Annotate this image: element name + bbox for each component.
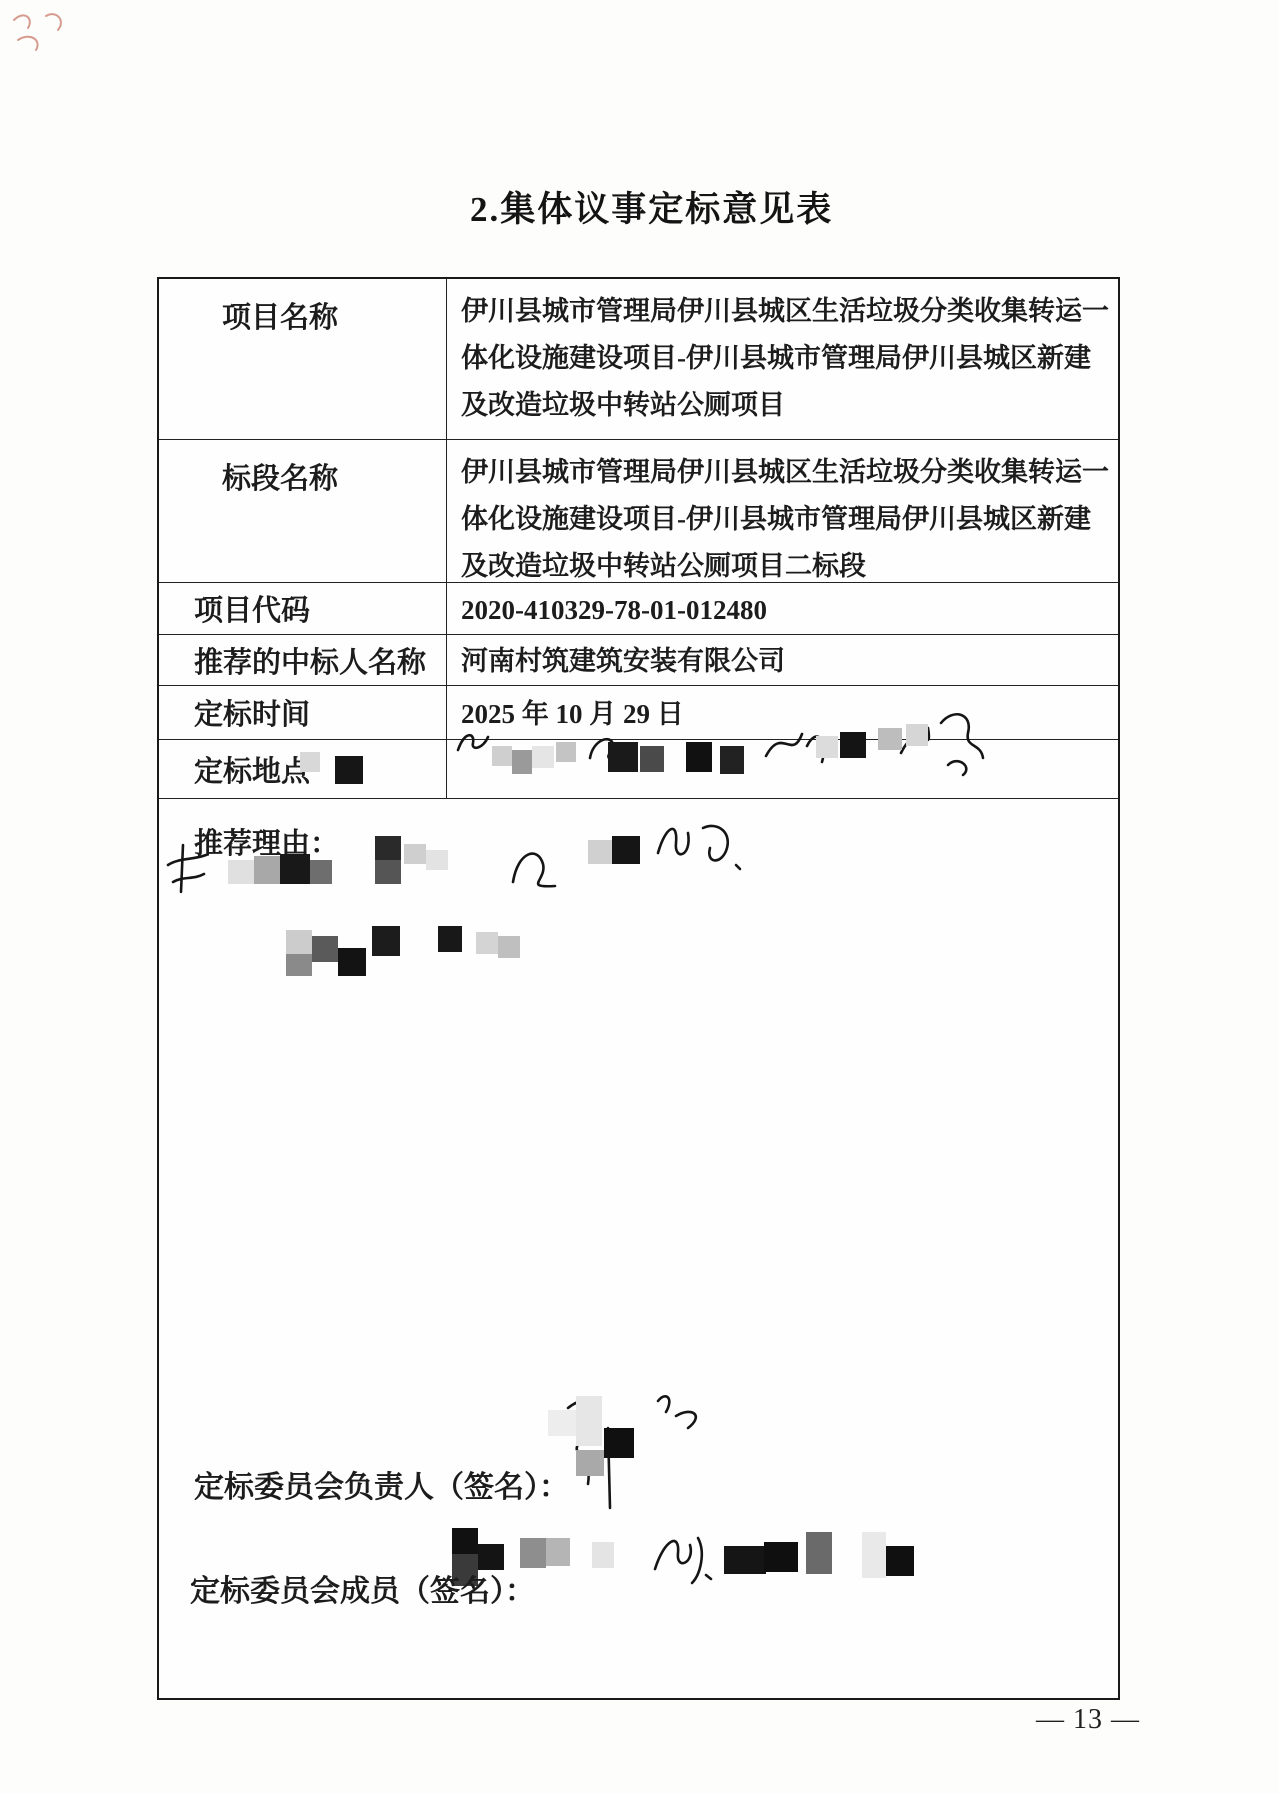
redaction-block (548, 1410, 576, 1436)
row-label: 项目代码 (159, 583, 447, 634)
redaction-block (556, 742, 576, 762)
redaction-block (452, 1528, 478, 1554)
row-label: 项目名称 (159, 279, 447, 439)
redaction-block (592, 1542, 614, 1568)
row-value: 河南村筑建筑安装有限公司 (447, 635, 1118, 685)
redaction-block (228, 860, 254, 884)
handwriting-stroke (648, 813, 744, 875)
redaction-block (886, 1546, 914, 1576)
row-label: 标段名称 (159, 440, 447, 582)
table-row-project-code: 项目代码 2020-410329-78-01-012480 (159, 582, 1118, 634)
redaction-block (816, 736, 838, 758)
committee-members-signature-label: 定标委员会成员（签名）： (190, 1566, 535, 1610)
leader-signature-stroke (538, 1386, 733, 1531)
redaction-block (608, 742, 638, 772)
redaction-block (254, 856, 280, 884)
redaction-block (300, 752, 320, 772)
redaction-block (426, 850, 448, 870)
redaction-block (720, 746, 744, 774)
row-value: 2020-410329-78-01-012480 (447, 583, 1118, 634)
redaction-block (640, 746, 664, 772)
redaction-block (375, 860, 401, 884)
redaction-block (686, 742, 712, 772)
redaction-block (312, 936, 338, 962)
redaction-block (764, 1542, 798, 1572)
redaction-block (286, 954, 312, 976)
handwriting-stroke (503, 836, 565, 896)
redaction-block (338, 948, 366, 976)
redaction-block (612, 836, 640, 864)
redaction-block (286, 930, 312, 954)
redaction-block (335, 756, 363, 784)
redaction-block (520, 1538, 546, 1568)
page-title: 2.集体议事定标意见表 (470, 182, 833, 232)
row-label: 推荐的中标人名称 (159, 635, 447, 685)
handwriting-stroke (455, 725, 493, 757)
corner-red-mark (8, 6, 80, 64)
redaction-block (438, 926, 462, 952)
member-signature-stroke (640, 1523, 716, 1589)
redaction-block (546, 1538, 570, 1566)
redaction-block (372, 926, 400, 956)
redaction-block (476, 932, 498, 954)
redaction-block (404, 844, 426, 864)
redaction-block (724, 1546, 766, 1574)
redaction-block (588, 840, 612, 864)
redaction-block (878, 728, 902, 750)
scanned-document-page: 2.集体议事定标意见表 项目名称 伊川县城市管理局伊川县城区生活垃圾分类收集转运… (0, 0, 1279, 1794)
redaction-block (492, 746, 512, 766)
redaction-block (532, 746, 554, 768)
redaction-block (280, 854, 310, 884)
redaction-block (604, 1428, 634, 1458)
redaction-block (806, 1532, 832, 1574)
redaction-block (576, 1396, 602, 1446)
table-row-recommended-bidder: 推荐的中标人名称 河南村筑建筑安装有限公司 (159, 634, 1118, 685)
row-value: 伊川县城市管理局伊川县城区生活垃圾分类收集转运一体化设施建设项目-伊川县城市管理… (447, 440, 1118, 582)
table-row-project-name: 项目名称 伊川县城市管理局伊川县城区生活垃圾分类收集转运一体化设施建设项目-伊川… (159, 279, 1118, 439)
redaction-block (375, 836, 401, 860)
page-number: — 13 — (1036, 1704, 1140, 1736)
handwriting-stroke (163, 840, 211, 902)
redaction-block (906, 724, 928, 746)
redaction-block (310, 860, 332, 884)
row-label: 定标时间 (159, 686, 447, 739)
committee-leader-signature-label: 定标委员会负责人（签名）： (194, 1462, 569, 1506)
redaction-block (512, 750, 532, 774)
redaction-block (498, 936, 520, 958)
redaction-block (862, 1532, 886, 1578)
row-value: 伊川县城市管理局伊川县城区生活垃圾分类收集转运一体化设施建设项目-伊川县城市管理… (447, 279, 1118, 439)
table-row-section-name: 标段名称 伊川县城市管理局伊川县城区生活垃圾分类收集转运一体化设施建设项目-伊川… (159, 439, 1118, 582)
redaction-block (840, 732, 866, 758)
redaction-block (576, 1450, 604, 1476)
